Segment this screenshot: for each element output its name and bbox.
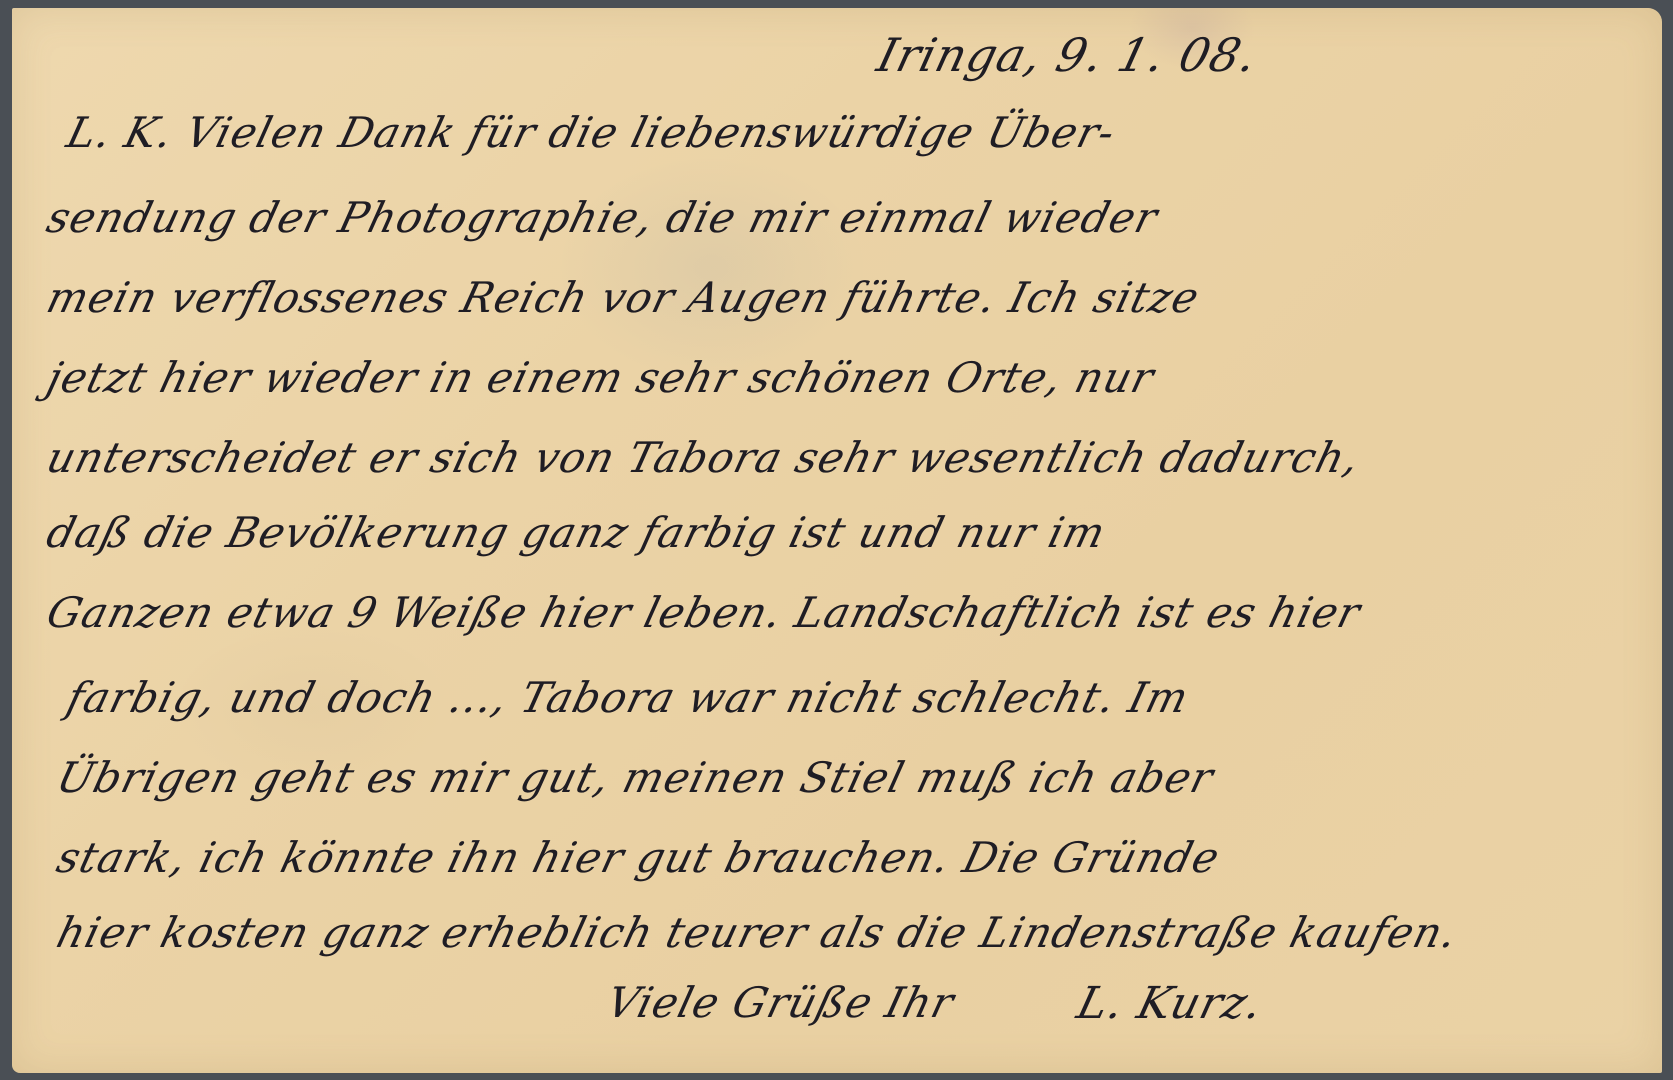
text-line-2: sendung der Photographie, die mir einmal… bbox=[42, 193, 1163, 242]
postcard: Iringa, 9. 1. 08. L. K. Vielen Dank für … bbox=[12, 8, 1662, 1073]
dateline: Iringa, 9. 1. 08. bbox=[872, 28, 1263, 82]
text-line-4: jetzt hier wieder in einem sehr schönen … bbox=[42, 353, 1159, 402]
text-line-5: unterscheidet er sich von Tabora sehr we… bbox=[42, 433, 1365, 482]
text-line-10: stark, ich könnte ihn hier gut brauchen.… bbox=[52, 833, 1225, 882]
text-line-8: farbig, und doch ..., Tabora war nicht s… bbox=[62, 673, 1194, 722]
text-line-11: hier kosten ganz erheblich teurer als di… bbox=[52, 908, 1463, 957]
text-line-9: Übrigen geht es mir gut, meinen Stiel mu… bbox=[52, 753, 1219, 802]
closing-line: Viele Grüße Ihr bbox=[602, 978, 959, 1027]
text-line-3: mein verflossenes Reich vor Augen führte… bbox=[42, 273, 1205, 322]
signature: L. Kurz. bbox=[1072, 978, 1268, 1029]
text-line-6: daß die Bevölkerung ganz farbig ist und … bbox=[42, 508, 1111, 557]
text-line-1: L. K. Vielen Dank für die liebenswürdige… bbox=[62, 108, 1121, 157]
text-line-7: Ganzen etwa 9 Weiße hier leben. Landscha… bbox=[42, 588, 1366, 637]
